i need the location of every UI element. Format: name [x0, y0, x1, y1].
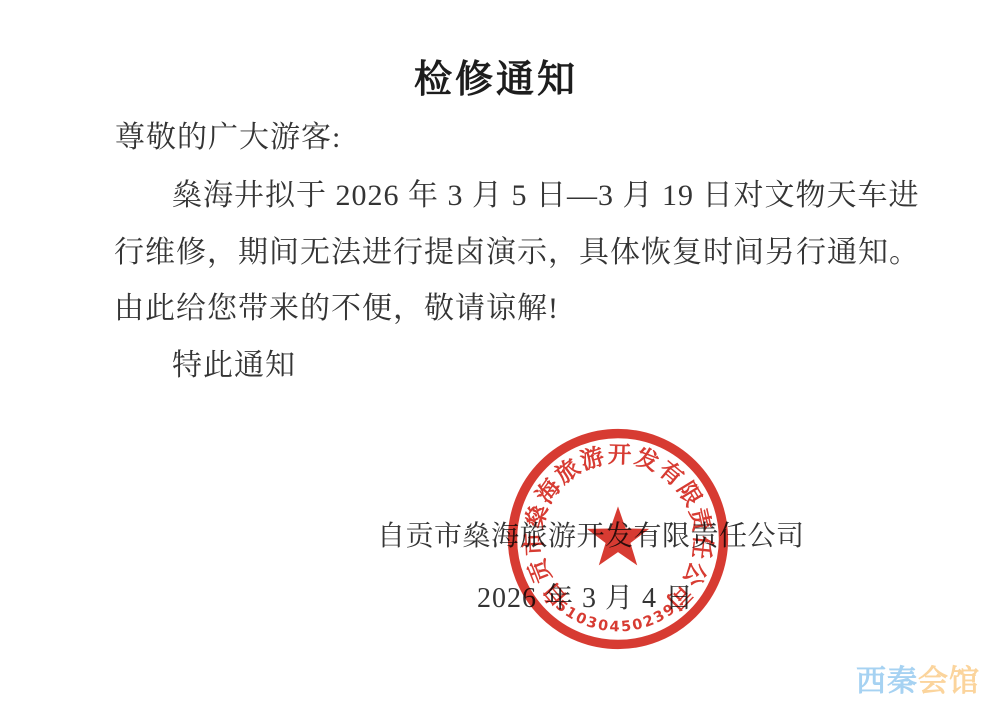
- watermark-part-1: 西秦: [856, 665, 918, 698]
- seal-star-icon: [587, 506, 649, 565]
- body-line-2: 行维修，期间无法进行提卤演示，具体恢复时间另行通知。: [114, 227, 920, 271]
- company-seal-graphic: 自贡市燊海旅游开发有限责任公司 5103045023957: [506, 427, 730, 651]
- body-line-3: 由此给您带来的不便，敬请谅解!: [114, 283, 559, 327]
- maintenance-notice-document: 检修通知 尊敬的广大游客: 燊海井拟于 2026 年 3 月 5 日—3 月 1…: [0, 0, 992, 706]
- watermark-part-2: 会馆: [918, 665, 980, 698]
- company-seal: 自贡市燊海旅游开发有限责任公司 5103045023957: [506, 427, 730, 651]
- notice-title: 检修通知: [0, 48, 992, 103]
- body-line-1: 燊海井拟于 2026 年 3 月 5 日—3 月 19 日对文物天车进: [172, 170, 920, 214]
- site-watermark: 西秦会馆: [856, 656, 980, 700]
- salutation: 尊敬的广大游客:: [115, 112, 341, 156]
- body-line-4: 特此通知: [172, 340, 296, 384]
